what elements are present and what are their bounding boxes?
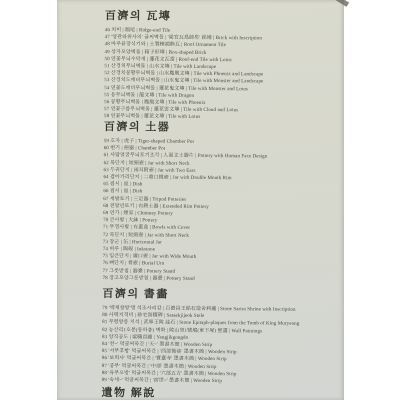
section-title: 百濟의 土器 bbox=[104, 121, 337, 136]
item-list: 79 '백제창왕'명 석조사리감 | 百濟昌王銘石造舍利龕 | Stone Sa… bbox=[102, 305, 336, 386]
footer-title: 遺物 解說 bbox=[102, 384, 156, 400]
page-content: 百濟의 瓦塼 46 치미 | 鴟尾 | Ridge-end Tile47 '양관… bbox=[54, 0, 344, 400]
section-title: 百濟의 書畵 bbox=[102, 288, 335, 303]
book-page: 百濟의 瓦塼 46 치미 | 鴟尾 | Ridge-end Tile47 '양관… bbox=[57, 0, 344, 400]
section-earthenware: 百濟의 土器 59 호자 | 虎子 | Tiger-shaped Chamber… bbox=[103, 121, 337, 284]
photo-background: 百濟의 瓦塼 46 치미 | 鴟尾 | Ridge-end Tile47 '양관… bbox=[0, 0, 400, 400]
section-calligraphy-painting: 百濟의 書畵 79 '백제창왕'명 석조사리감 | 百濟昌王銘石造舍利龕 | S… bbox=[102, 288, 336, 386]
section-title: 百濟의 瓦塼 bbox=[105, 10, 338, 25]
list-item: 78 장고모양그릇받침 | 器臺 | Pottery Stand bbox=[103, 275, 336, 284]
section-tiles-bricks: 百濟의 瓦塼 46 치미 | 鴟尾 | Ridge-end Tile47 '양관… bbox=[104, 10, 338, 123]
item-list: 46 치미 | 鴟尾 | Ridge-end Tile47 '양관와위사의' 글… bbox=[104, 27, 338, 123]
item-list: 59 호자 | 虎子 | Tiger-shaped Chamber Pot60 … bbox=[103, 138, 337, 284]
